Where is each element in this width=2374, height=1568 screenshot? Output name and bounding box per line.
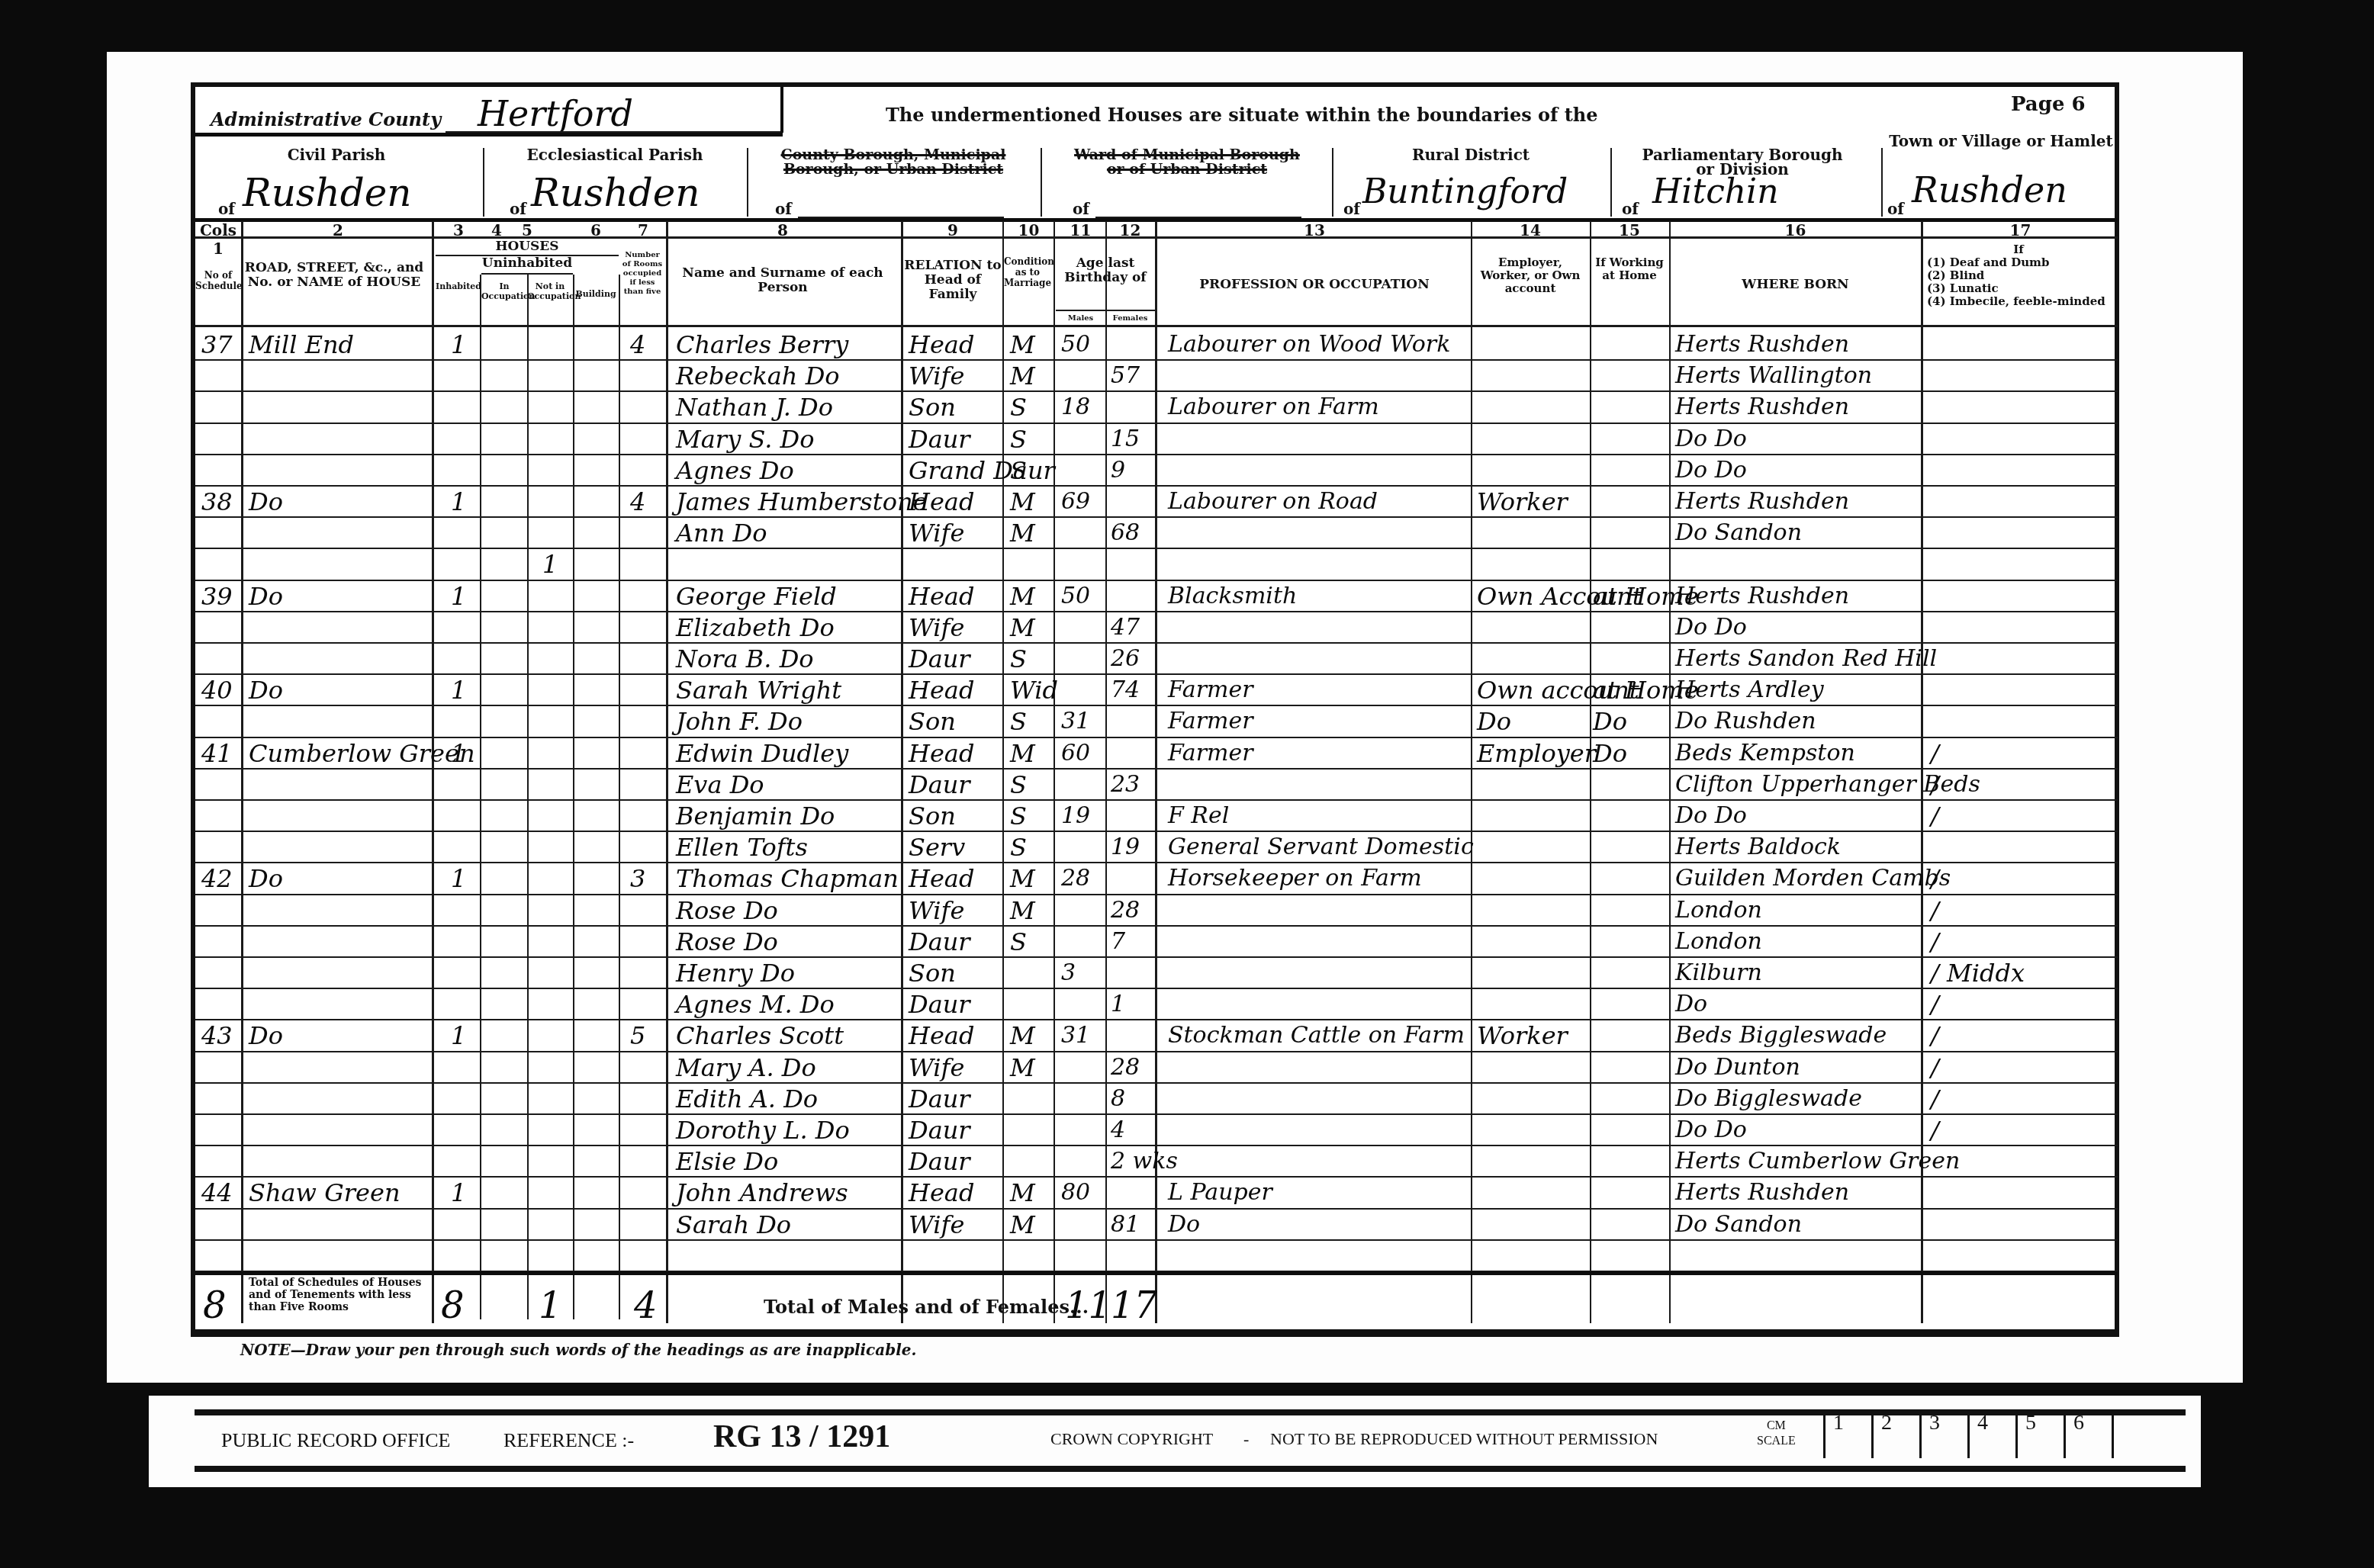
condition: S [1010,424,1027,455]
inhabited-count: 1 [451,1178,466,1208]
female-age: 15 [1111,424,1140,455]
birthplace: Do Do [1675,1115,1747,1145]
scale-mark: 5 [2015,1411,2064,1458]
reference-label: REFERENCE :- [503,1429,634,1452]
employer-status: Worker [1477,487,1568,517]
table-row: 44Shaw Green1John AndrewsHeadM80L Pauper… [195,1178,2118,1209]
relation: Head [909,581,974,612]
infirmity: / [1931,927,1939,957]
female-age: 47 [1111,612,1140,643]
person-name: Dorothy L. Do [676,1115,850,1145]
table-row: 43Do15Charles ScottHeadM31Stockman Cattl… [195,1020,2118,1052]
road-name: Do [249,581,283,612]
female-age: 81 [1111,1210,1140,1240]
scale-mark: 1 [1823,1411,1871,1458]
birthplace: Do Sandon [1675,518,1802,548]
relation: Daur [909,1115,970,1145]
inhabited-count: 1 [451,738,466,769]
table-row: 42Do13Thomas ChapmanHeadM28Horsekeeper o… [195,863,2118,895]
road-name: Do [249,1020,283,1051]
infirmity: / [1931,895,1939,926]
infirmity: / Middx [1931,958,2025,988]
road-name: Mill End [249,329,354,360]
person-name: George Field [676,581,837,612]
table-row: Benjamin DoSonS19F RelDo Do/ [195,801,2118,832]
inhabited-count: 1 [451,487,466,517]
relation: Grand Daur [909,455,1055,486]
relation: Head [909,329,974,360]
occupation: Horsekeeper on Farm [1168,863,1422,894]
totals-label: Total of Males and of Females... [764,1296,1089,1318]
birthplace: Herts Rushden [1675,487,1849,517]
col-schedule-header: No of Schedule [195,270,241,291]
birthplace: Do Do [1675,801,1747,831]
male-age: 50 [1061,329,1090,360]
relation: Daur [909,1084,970,1114]
col-at-home-header: If Working at Home [1591,256,1668,282]
relation: Head [909,675,974,705]
table-row: Eva DoDaurS23Clifton Upperhanger Beds/ [195,770,2118,801]
male-age: 50 [1061,581,1090,612]
totals-schedules-label: Total of Schedules of Houses and of Tene… [249,1277,432,1313]
col-females-header: Females [1105,311,1155,326]
person-name: Sarah Wright [676,675,841,705]
table-row: Elsie DoDaur2 wksHerts Cumberlow Green [195,1146,2118,1178]
col-road-header: ROAD, STREET, &c., and No. or NAME of HO… [243,261,426,290]
col-condition-header: Condition as to Marriage [1004,256,1051,288]
female-age: 8 [1111,1084,1125,1114]
birthplace: London [1675,895,1762,926]
table-row: Ann DoWifeM68Do Sandon [195,518,2118,549]
scale-mark: 3 [1919,1411,1967,1458]
birthplace: Do Rushden [1675,706,1816,737]
birthplace: Herts Ardley [1675,675,1824,705]
relation: Wife [909,518,964,548]
table-row: 41Cumberlow Green1Edwin DudleyHeadM60Far… [195,738,2118,770]
condition: M [1010,612,1035,643]
office-label: PUBLIC RECORD OFFICE [221,1429,451,1452]
relation: Serv [909,832,965,863]
male-age: 18 [1061,392,1090,423]
relation: Son [909,392,956,423]
rooms-count: 4 [630,487,645,517]
person-name: Rose Do [676,927,778,957]
parliamentary-value: Hitchin [1652,172,1779,211]
birthplace: Herts Baldock [1675,832,1841,863]
birthplace: Herts Cumberlow Green [1675,1146,1960,1177]
occupation: Labourer on Road [1168,487,1378,517]
civil-parish-value: Rushden [243,171,412,215]
infirmity: / [1931,863,1939,894]
condition: M [1010,581,1035,612]
cm-scale-label: CMSCALE [1757,1419,1796,1449]
condition: M [1010,487,1035,517]
person-name: Ellen Tofts [676,832,808,863]
condition: S [1010,644,1027,674]
condition: M [1010,1178,1035,1208]
relation: Son [909,706,956,737]
table-row: John F. DoSonS31FarmerDoDoDo Rushden [195,706,2118,737]
female-age: 7 [1111,927,1125,957]
working-at-home: Do [1593,738,1627,769]
col-inhabited-header: Inhabited [436,281,481,291]
male-age: 31 [1061,706,1090,737]
relation: Head [909,487,974,517]
table-row: Nathan J. DoSonS18Labourer on FarmHerts … [195,392,2118,423]
relation: Head [909,863,974,894]
male-age: 31 [1061,1020,1090,1051]
column-number: Cols 1 [195,221,241,258]
birthplace: Beds Kempston [1675,738,1855,769]
person-name: James Humberstone [676,487,927,517]
condition: S [1010,455,1027,486]
civil-parish-label: Civil Parish [195,148,478,162]
col-relation-header: RELATION to Head of Family [903,259,1002,302]
person-name: Mary S. Do [676,424,814,455]
female-age: 1 [1111,989,1125,1020]
condition: M [1010,738,1035,769]
birthplace: Do [1675,989,1707,1020]
condition: M [1010,1210,1035,1240]
relation: Daur [909,927,970,957]
table-row: Nora B. DoDaurS26Herts Sandon Red Hill [195,644,2118,675]
table-row: 39Do1George FieldHeadM50BlacksmithOwn Ac… [195,581,2118,612]
occupation: F Rel [1168,801,1229,831]
relation: Head [909,738,974,769]
note-text: NOTE—Draw your pen through such words of… [240,1341,917,1359]
person-name: Eva Do [676,770,764,800]
person-name: Sarah Do [676,1210,791,1240]
birthplace: London [1675,927,1762,957]
rooms-count: 4 [630,329,645,360]
infirmity: / [1931,989,1939,1020]
relation: Son [909,958,956,988]
person-name: John Andrews [676,1178,848,1208]
inhabited-count: 1 [451,581,466,612]
birthplace: Herts Rushden [1675,392,1849,423]
col-employer-header: Employer, Worker, or Own account [1473,256,1587,295]
person-name: Nathan J. Do [676,392,833,423]
female-age: 4 [1111,1115,1125,1145]
table-row: Mary A. DoWifeM28Do Dunton/ [195,1052,2118,1084]
female-age: 19 [1111,832,1140,863]
male-age: 60 [1061,738,1090,769]
rural-district-value: Buntingford [1362,172,1568,211]
occupation: Farmer [1168,675,1253,705]
ecclesiastical-parish-value: Rushden [531,171,700,215]
schedule-number: 41 [201,738,233,769]
person-name: Charles Berry [676,329,848,360]
road-name: Do [249,675,283,705]
copyright-label: CROWN COPYRIGHT [1050,1429,1213,1449]
female-age: 23 [1111,770,1140,800]
birthplace: Do Dunton [1675,1052,1800,1083]
female-age: 26 [1111,644,1140,674]
table-row: 40Do1Sarah WrightHeadWid74FarmerOwn acco… [195,675,2118,706]
person-name: Thomas Chapman [676,863,899,894]
table-row: Dorothy L. DoDaur4Do Do/ [195,1115,2118,1146]
relation: Wife [909,361,964,391]
table-row: Rose DoWifeM28London/ [195,895,2118,927]
table-row: 1 [195,549,2118,580]
female-age: 74 [1111,675,1140,705]
col-occupation-header: PROFESSION OR OCCUPATION [1158,278,1471,292]
table-row: Rebeckah DoWifeM57Herts Wallington [195,361,2118,392]
table-row: Agnes DoGrand DaurS9Do Do [195,455,2118,487]
scale-mark: 6 [2064,1411,2112,1458]
infirmity: / [1931,1020,1939,1051]
col-infirmity-header: If (1) Deaf and Dumb (2) Blind (3) Lunat… [1927,243,2110,308]
occupation: L Pauper [1168,1178,1272,1208]
total-males: 11 [1065,1284,1111,1327]
occupation: Blacksmith [1168,581,1297,612]
relation: Daur [909,770,970,800]
table-row: Henry DoSon3Kilburn/ Middx [195,958,2118,989]
condition: S [1010,832,1027,863]
ecclesiastical-parish-label: Ecclesiastical Parish [485,148,745,162]
female-age: 57 [1111,361,1140,391]
admin-county-value: Hertford [478,93,633,134]
condition: S [1010,770,1027,800]
male-age: 80 [1061,1178,1090,1208]
person-name: Nora B. Do [676,644,814,674]
birthplace: Kilburn [1675,958,1762,988]
birthplace: Herts Rushden [1675,581,1849,612]
rooms-count: 5 [630,1020,645,1051]
condition: M [1010,518,1035,548]
total-females: 17 [1111,1284,1157,1327]
road-name: Cumberlow Green [249,738,475,769]
female-age: 28 [1111,895,1140,926]
person-name: Elsie Do [676,1146,778,1177]
relation: Daur [909,989,970,1020]
person-name: Benjamin Do [676,801,835,831]
occupation: Labourer on Wood Work [1168,329,1450,360]
male-age: 28 [1061,863,1090,894]
condition: M [1010,361,1035,391]
table-row: Rose DoDaurS7London/ [195,927,2118,958]
reference-value: RG 13 / 1291 [713,1419,890,1455]
condition: M [1010,1052,1035,1083]
relation: Daur [909,1146,970,1177]
total-rooms: 4 [634,1284,658,1327]
road-name: Do [249,487,283,517]
occupation: Do [1168,1210,1200,1240]
table-row: 38Do14James HumberstoneHeadM69Labourer o… [195,487,2118,518]
inhabited-count: 1 [451,1020,466,1051]
female-age: 68 [1111,518,1140,548]
scale-mark: 2 [1871,1411,1919,1458]
condition: M [1010,1020,1035,1051]
not-in-occupation-count: 1 [542,549,558,580]
birthplace: Herts Rushden [1675,1178,1849,1208]
table-row: Mary S. DoDaurS15Do Do [195,424,2118,455]
working-at-home: Do [1593,706,1627,737]
schedule-number: 42 [201,863,233,894]
person-name: John F. Do [676,706,803,737]
inhabited-count: 1 [451,329,466,360]
relation: Wife [909,895,964,926]
table-row: Agnes M. DoDaur1Do/ [195,989,2118,1020]
table-row [195,1241,2118,1272]
relation: Wife [909,1210,964,1240]
schedule-number: 39 [201,581,233,612]
condition: M [1010,863,1035,894]
total-not-in-occupation: 1 [539,1284,562,1327]
page-number: Page 6 [2011,93,2086,116]
col-not-in-occupation-header: Not in Occupation [527,281,573,301]
infirmity: / [1931,801,1939,831]
permission-label: NOT TO BE REPRODUCED WITHOUT PERMISSION [1270,1429,1658,1449]
relation: Daur [909,644,970,674]
birthplace: Herts Wallington [1675,361,1872,391]
col-in-occupation-header: In Occupation [481,281,527,301]
schedule-number: 44 [201,1178,233,1208]
scale-mark: 4 [1967,1411,2015,1458]
male-age: 3 [1061,958,1076,988]
occupation: Stockman Cattle on Farm [1168,1020,1465,1051]
admin-county-label: Administrative County [211,108,441,130]
female-age: 2 wks [1111,1146,1178,1177]
occupation: Farmer [1168,706,1253,737]
condition: S [1010,927,1027,957]
relation: Wife [909,1052,964,1083]
person-name: Mary A. Do [676,1052,816,1083]
birthplace: Herts Sandon Red Hill [1675,644,1937,674]
male-age: 19 [1061,801,1090,831]
inhabited-count: 1 [451,675,466,705]
condition: S [1010,706,1027,737]
road-name: Shaw Green [249,1178,400,1208]
relation: Son [909,801,956,831]
table-row: Edith A. DoDaur8Do Biggleswade/ [195,1084,2118,1115]
person-name: Henry Do [676,958,795,988]
birthplace: Do Do [1675,455,1747,486]
male-age: 69 [1061,487,1090,517]
relation: Head [909,1020,974,1051]
person-name: Agnes Do [676,455,794,486]
schedule-number: 38 [201,487,233,517]
birthplace: Do Do [1675,612,1747,643]
person-name: Ann Do [676,518,767,548]
person-name: Edwin Dudley [676,738,848,769]
town-value: Rushden [1912,169,2067,210]
condition: M [1010,895,1035,926]
col-born-header: WHERE BORN [1671,278,1919,292]
person-name: Edith A. Do [676,1084,818,1114]
birthplace: Do Biggleswade [1675,1084,1862,1114]
person-name: Elizabeth Do [676,612,835,643]
col-houses-header: HOUSES [436,239,619,254]
person-name: Rose Do [676,895,778,926]
col-rooms-header: Number of Rooms occupied if less than fi… [620,251,664,297]
birthplace: Do Do [1675,424,1747,455]
schedule-number: 43 [201,1020,233,1051]
reference-strip: PUBLIC RECORD OFFICE REFERENCE :- RG 13 … [149,1396,2201,1487]
occupation: Farmer [1168,738,1253,769]
birthplace: Guilden Morden Cambs [1675,863,1951,894]
infirmity: / [1931,1052,1939,1083]
road-name: Do [249,863,283,894]
infirmity: / [1931,770,1939,800]
female-age: 28 [1111,1052,1140,1083]
inhabited-count: 1 [451,863,466,894]
col-uninhabited-header: Uninhabited [481,256,573,271]
town-label: Town or Village or Hamlet [1883,134,2119,149]
occupation: General Servant Domestic [1168,832,1474,863]
person-name: Agnes M. Do [676,989,835,1020]
table-row: Ellen ToftsServS19General Servant Domest… [195,832,2118,863]
schedule-number: 37 [201,329,233,360]
condition: M [1010,329,1035,360]
table-row: Sarah DoWifeM81DoDo Sandon [195,1210,2118,1241]
occupation: Labourer on Farm [1168,392,1379,423]
intro-text: The undermentioned Houses are situate wi… [886,104,1598,126]
employer-status: Worker [1477,1020,1568,1051]
employer-status: Employer [1477,738,1596,769]
census-form: Administrative County Hertford The under… [191,82,2119,1337]
total-schedules: 8 [203,1284,227,1327]
ward-label: Ward of Municipal Boroughor of Urban Dis… [1042,148,1332,177]
condition: S [1010,801,1027,831]
employer-status: Do [1477,706,1511,737]
col-males-header: Males [1056,311,1105,326]
rooms-count: 3 [630,863,645,894]
table-row: Elizabeth DoWifeM47Do Do [195,612,2118,644]
scale-end [2112,1411,2142,1458]
rural-district-label: Rural District [1333,148,1608,162]
infirmity: / [1931,738,1939,769]
infirmity: / [1931,1115,1939,1145]
table-row: 37Mill End14Charles BerryHeadM50Labourer… [195,329,2118,361]
person-name: Charles Scott [676,1020,844,1051]
relation: Wife [909,612,964,643]
relation: Head [909,1178,974,1208]
birthplace: Herts Rushden [1675,329,1849,360]
county-borough-label: County Borough, MunicipalBorough, or Urb… [748,148,1038,177]
person-name: Rebeckah Do [676,361,840,391]
relation: Daur [909,424,970,455]
col-building-header: Building [573,289,619,299]
birthplace: Beds Biggleswade [1675,1020,1887,1051]
schedule-number: 40 [201,675,233,705]
condition: Wid [1010,675,1058,705]
col-name-header: Name and Surname of each Person [668,266,897,295]
condition: S [1010,392,1027,423]
total-inhabited: 8 [441,1284,465,1327]
infirmity: / [1931,1084,1939,1114]
female-age: 9 [1111,455,1125,486]
birthplace: Do Sandon [1675,1210,1802,1240]
